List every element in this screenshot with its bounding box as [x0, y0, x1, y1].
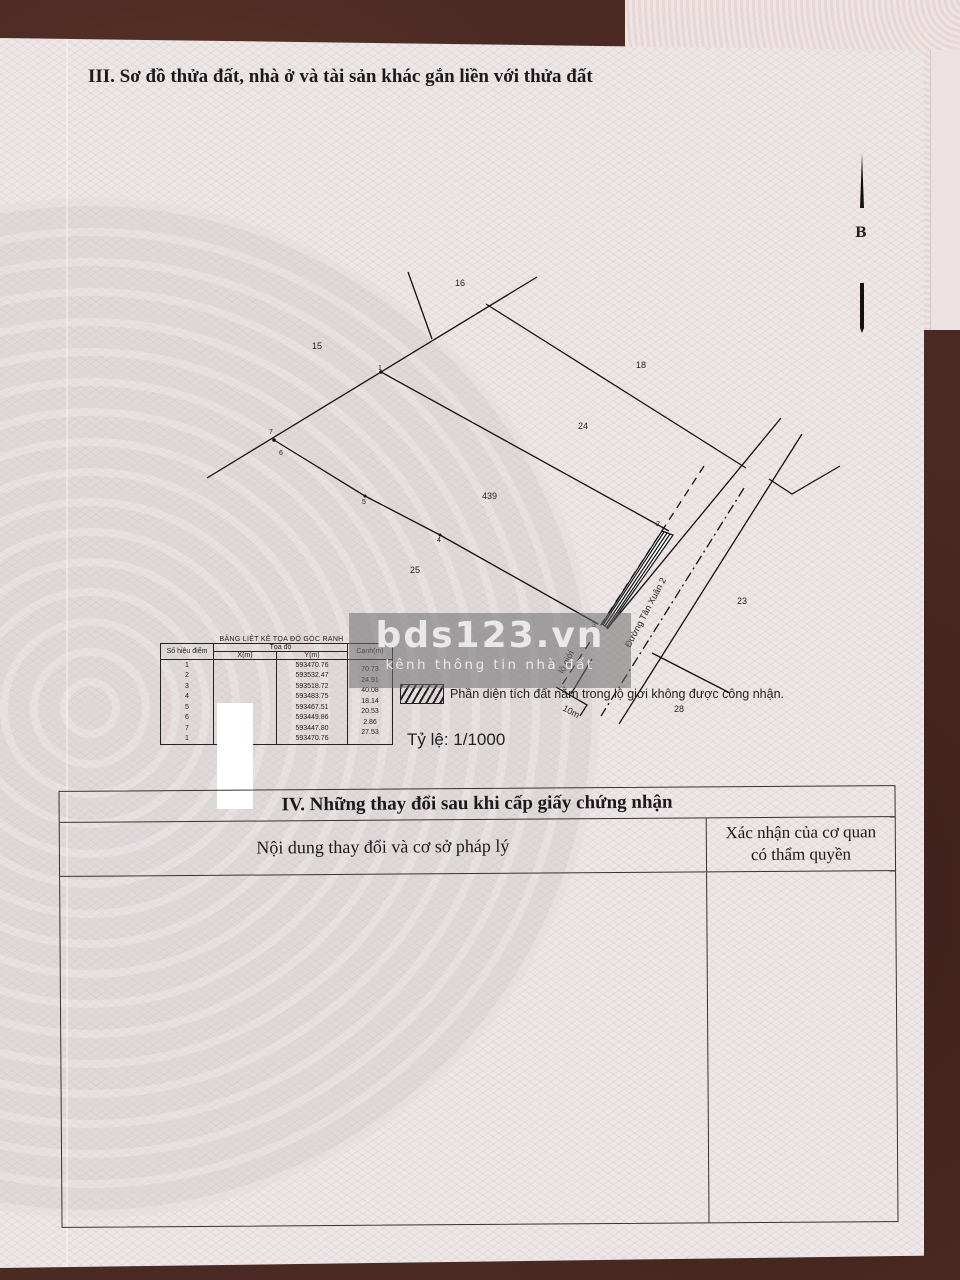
parcel-15: 15 — [312, 341, 322, 351]
point-1: 1 — [378, 365, 382, 372]
parcel-28: 28 — [674, 704, 684, 714]
authority-confirmation-cell — [706, 871, 897, 1222]
scale-label: Tỷ lệ: 1/1000 — [407, 730, 505, 750]
column-authority-confirmation: Xác nhận của cơ quan có thẩm quyền — [706, 817, 895, 871]
point-4: 4 — [437, 537, 441, 544]
parcel-18: 18 — [636, 360, 646, 370]
road-width-label: 10m — [561, 703, 581, 720]
point-6: 6 — [279, 450, 283, 457]
parcel-25: 25 — [410, 565, 420, 575]
watermark: bds123.vn kênh thông tin nhà đất — [349, 613, 631, 688]
watermark-tagline: kênh thông tin nhà đất — [349, 657, 631, 673]
header-y: Y(m) — [277, 652, 348, 660]
change-content-cell — [60, 872, 708, 1227]
parcel-23: 23 — [737, 596, 747, 606]
changes-table: IV. Những thay đổi sau khi cấp giấy chứn… — [58, 785, 898, 1228]
point-7: 7 — [269, 429, 273, 436]
header-x: X(m) — [214, 652, 277, 660]
header-coords: Tọa độ — [214, 644, 348, 652]
parcel-16: 16 — [455, 278, 465, 288]
column-change-content: Nội dung thay đổi và cơ sở pháp lý — [60, 818, 706, 876]
north-arrow-icon — [855, 153, 869, 343]
point-5: 5 — [362, 499, 366, 506]
parcel-24: 24 — [578, 421, 588, 431]
parcel-439: 439 — [482, 491, 497, 501]
point-2: 2 — [656, 521, 660, 528]
legend-text: Phần diện tích đất nằm trong lộ giới khô… — [450, 687, 784, 701]
background-sheet-edge — [930, 50, 960, 330]
watermark-brand: bds123.vn — [349, 615, 631, 657]
header-point: Số hiệu điểm — [161, 644, 214, 660]
